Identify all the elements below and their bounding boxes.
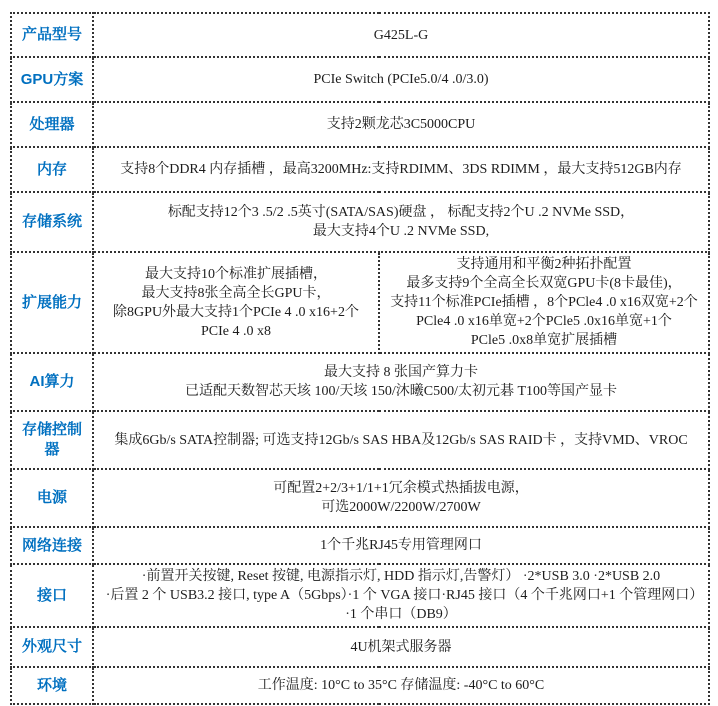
table-row: 环境 工作温度: 10°C to 35°C 存储温度: -40°C to 60°… [11,667,709,704]
spec-value-form-factor: 4U机架式服务器 [93,627,709,667]
table-row: 扩展能力 最大支持10个标准扩展插槽， 最大支持8张全高全长GPU卡， 除8GP… [11,252,709,353]
spec-label-storage-controller: 存储控制器 [11,411,93,469]
table-row: 外观尺寸 4U机架式服务器 [11,627,709,667]
spec-label-gpu-solution: GPU方案 [11,57,93,102]
spec-value-ports: ·前置开关按键, Reset 按键, 电源指示灯, HDD 指示灯,告警灯） ·… [93,564,709,627]
spec-label-processor: 处理器 [11,102,93,147]
table-row: 产品型号 G425L-G [11,13,709,57]
table-row: 电源 可配置2+2/3+1/1+1冗余模式热插拔电源， 可选2000W/2200… [11,469,709,527]
spec-table: 产品型号 G425L-G GPU方案 PCIe Switch (PCIe5.0/… [10,12,710,705]
spec-value-storage-controller: 集成6Gb/s SATA控制器; 可选支持12Gb/s SAS HBA及12Gb… [93,411,709,469]
spec-label-model: 产品型号 [11,13,93,57]
spec-label-memory: 内存 [11,147,93,192]
spec-value-expansion-left: 最大支持10个标准扩展插槽， 最大支持8张全高全长GPU卡， 除8GPU外最大支… [93,252,379,353]
spec-value-expansion-right: 支持通用和平衡2种拓扑配置 最多支持9个全高全长双宽GPU卡(8卡最佳)， 支持… [379,252,709,353]
spec-value-processor: 支持2颗龙芯3C5000CPU [93,102,709,147]
spec-label-network: 网络连接 [11,527,93,564]
spec-label-ai-compute: AI算力 [11,353,93,411]
table-row: 存储系统 标配支持12个3 .5/2 .5英寸(SATA/SAS)硬盘 ， 标配… [11,192,709,252]
spec-value-environment: 工作温度: 10°C to 35°C 存储温度: -40°C to 60°C [93,667,709,704]
spec-label-ports: 接口 [11,564,93,627]
spec-value-ai-compute: 最大支持 8 张国产算力卡 已适配天数智芯天垓 100/天垓 150/沐曦C50… [93,353,709,411]
table-row: 存储控制器 集成6Gb/s SATA控制器; 可选支持12Gb/s SAS HB… [11,411,709,469]
spec-label-power: 电源 [11,469,93,527]
spec-sheet-page: 产品型号 G425L-G GPU方案 PCIe Switch (PCIe5.0/… [0,0,718,706]
spec-value-storage-system: 标配支持12个3 .5/2 .5英寸(SATA/SAS)硬盘 ， 标配支持2个U… [93,192,709,252]
spec-value-gpu-solution: PCIe Switch (PCIe5.0/4 .0/3.0) [93,57,709,102]
table-row: AI算力 最大支持 8 张国产算力卡 已适配天数智芯天垓 100/天垓 150/… [11,353,709,411]
table-row: 处理器 支持2颗龙芯3C5000CPU [11,102,709,147]
table-row: 内存 支持8个DDR4 内存插槽 ，最高3200MHz:支持RDIMM、3DS … [11,147,709,192]
spec-value-network: 1个千兆RJ45专用管理网口 [93,527,709,564]
spec-label-form-factor: 外观尺寸 [11,627,93,667]
table-row: 接口 ·前置开关按键, Reset 按键, 电源指示灯, HDD 指示灯,告警灯… [11,564,709,627]
spec-value-memory: 支持8个DDR4 内存插槽 ，最高3200MHz:支持RDIMM、3DS RDI… [93,147,709,192]
spec-value-model: G425L-G [93,13,709,57]
spec-label-storage-system: 存储系统 [11,192,93,252]
spec-label-expansion: 扩展能力 [11,252,93,353]
table-row: GPU方案 PCIe Switch (PCIe5.0/4 .0/3.0) [11,57,709,102]
table-row: 网络连接 1个千兆RJ45专用管理网口 [11,527,709,564]
spec-value-power: 可配置2+2/3+1/1+1冗余模式热插拔电源， 可选2000W/2200W/2… [93,469,709,527]
spec-label-environment: 环境 [11,667,93,704]
